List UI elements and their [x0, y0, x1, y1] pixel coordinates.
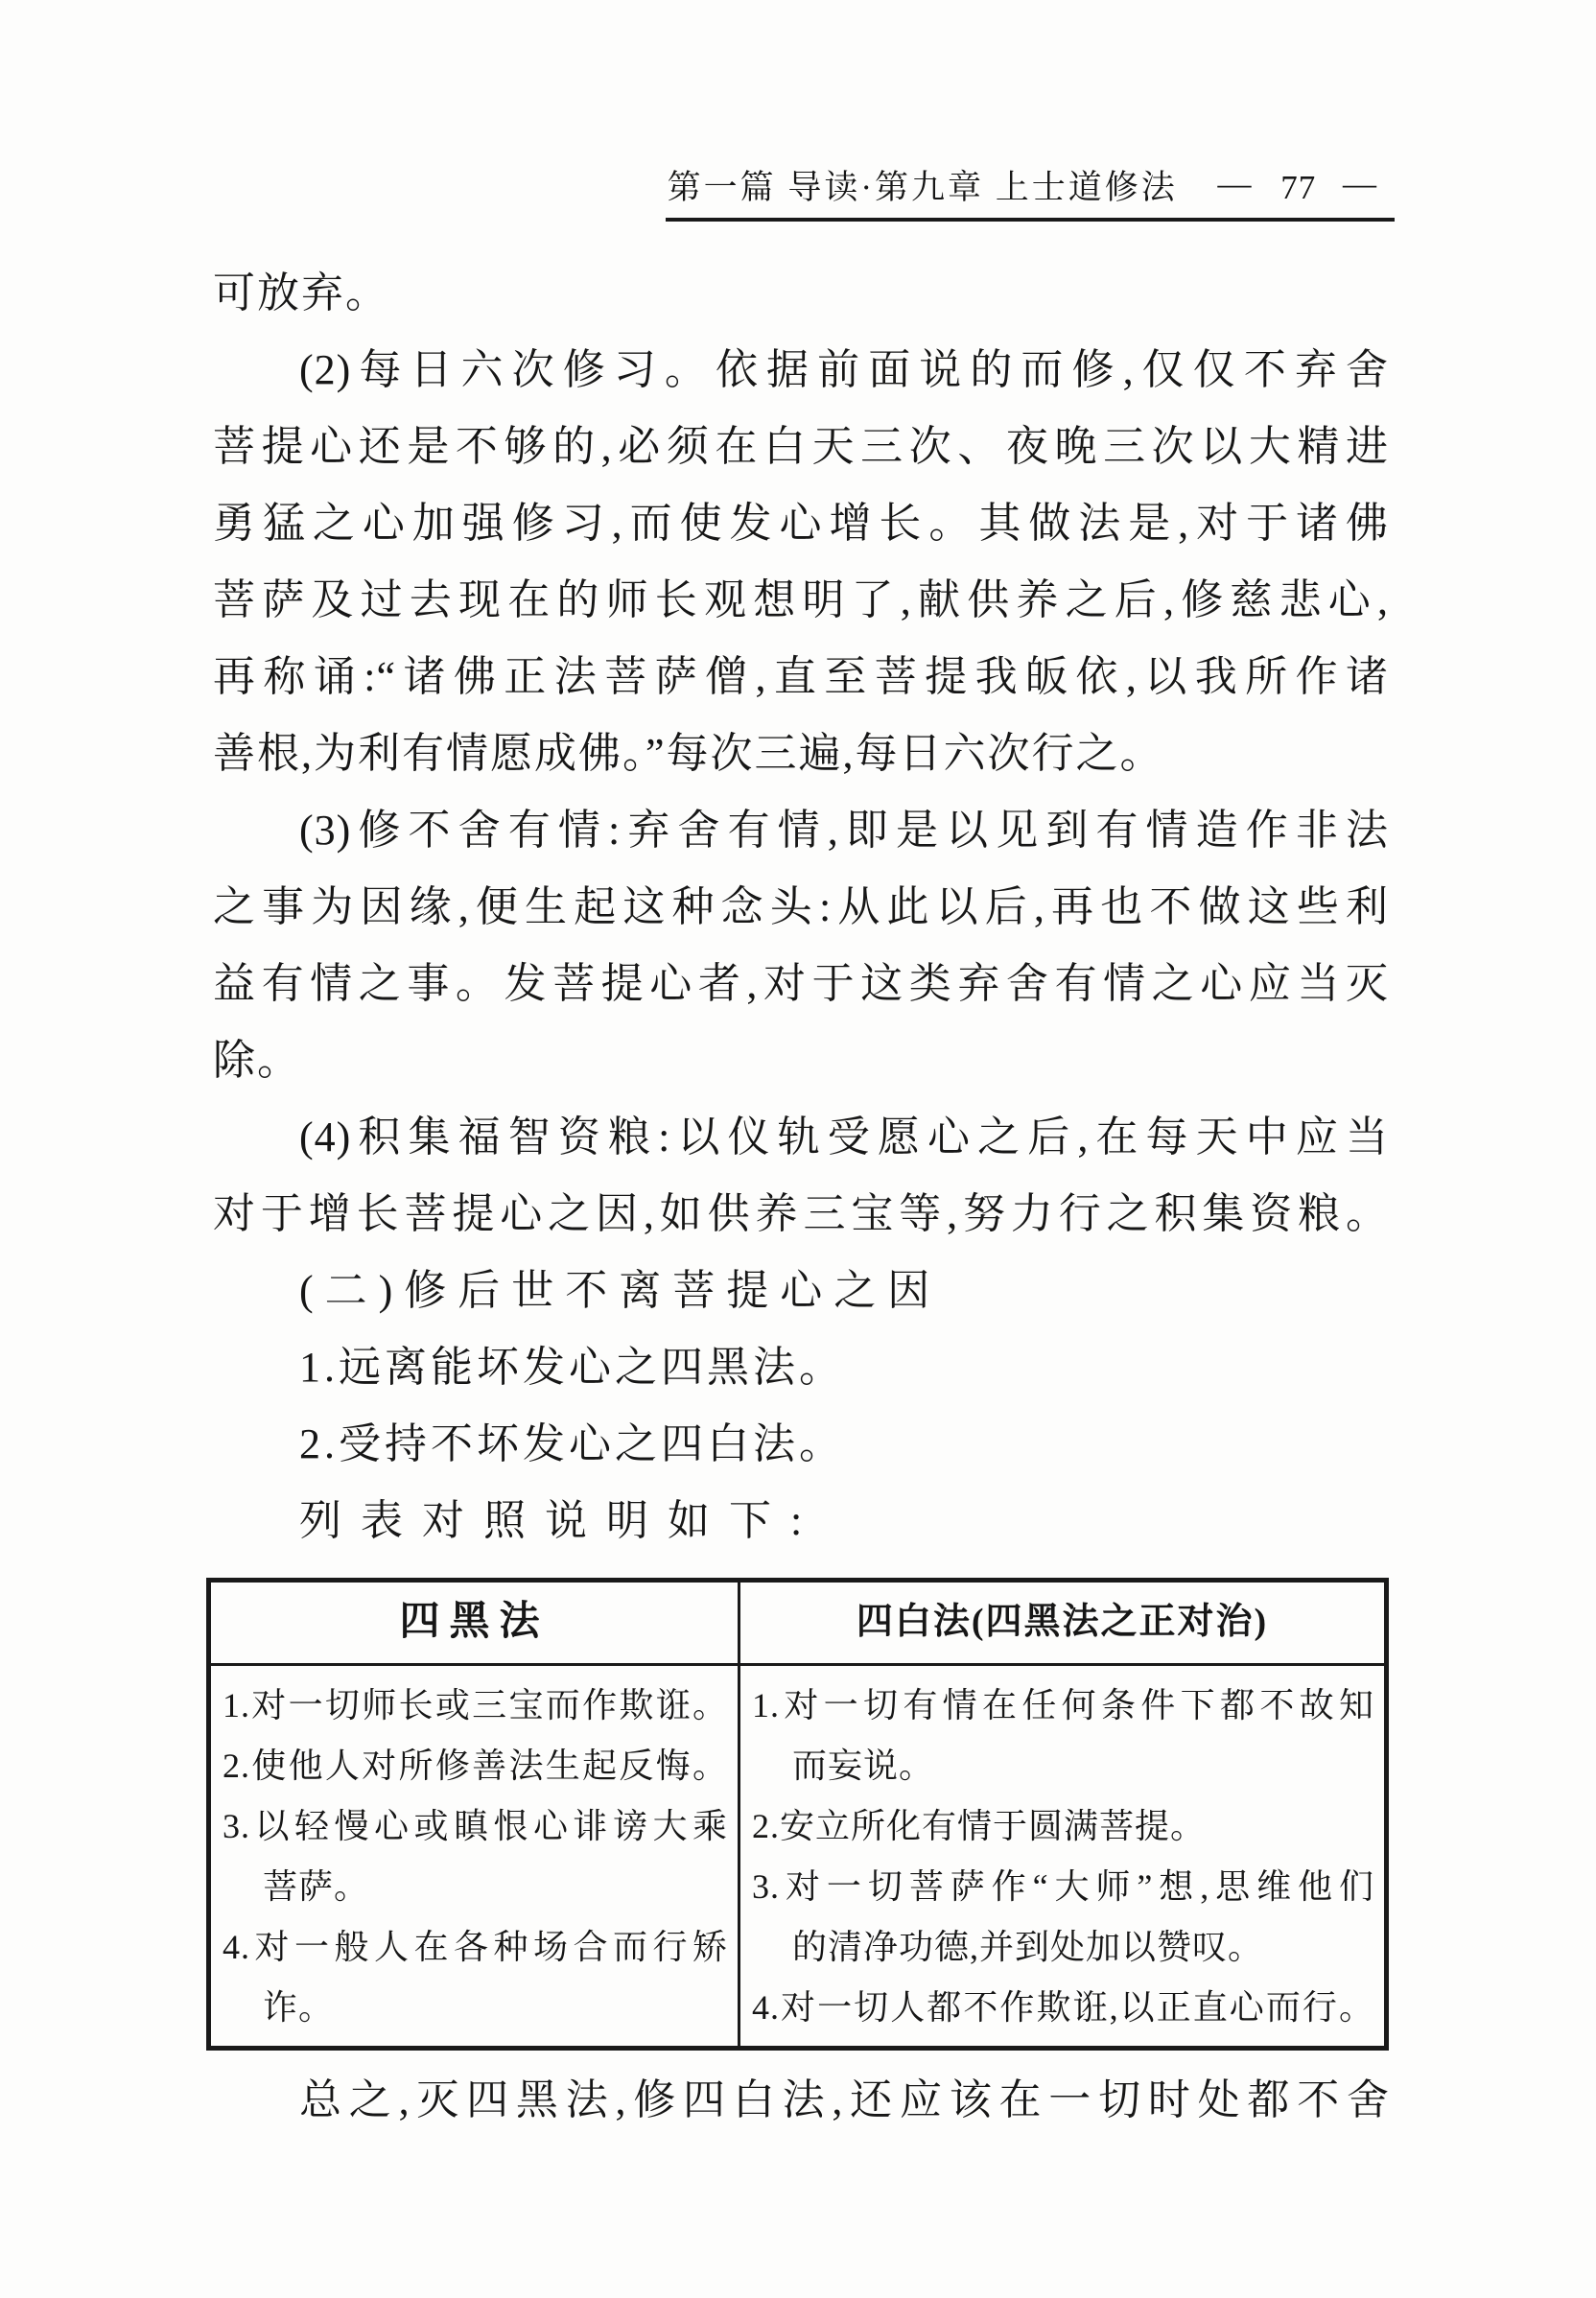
running-header-title: 第一篇 导读·第九章 上士道修法 [668, 169, 1178, 206]
body-line: 菩提心还是不够的,必须在白天三次、夜晚三次以大精进 [213, 409, 1389, 485]
table-body: 1.对一切师长或三宝而作欺诳。2.使他人对所修善法生起反悔。3.以轻慢心或瞋恨心… [211, 1666, 1384, 2046]
table-cell-line: 1.对一切师长或三宝而作欺诳。 [223, 1676, 728, 1736]
body-line: (2)每日六次修习。依据前面说的而修,仅仅不弃舍 [213, 332, 1389, 409]
body-line: (4)积集福智资粮:以仪轨受愿心之后,在每天中应当 [213, 1099, 1389, 1176]
table-cell-line: 的清净功德,并到处加以赞叹。 [752, 1917, 1374, 1978]
running-header: 第一篇 导读·第九章 上士道修法 — 77 — [666, 161, 1395, 222]
body-line: 益有情之事。发菩提心者,对于这类弃舍有情之心应当灭 [213, 946, 1389, 1022]
book-page: 第一篇 导读·第九章 上士道修法 — 77 — 可放弃。(2)每日六次修习。依据… [0, 0, 1596, 2298]
body-line: 可放弃。 [213, 255, 1389, 332]
body-line: 列表对照说明如下: [213, 1483, 1389, 1559]
table-cell-line: 诈。 [223, 1978, 728, 2038]
body-line: 2.受持不坏发心之四白法。 [213, 1406, 1389, 1483]
body-line: 除。 [213, 1022, 1389, 1099]
table-cell-line: 3.对一切菩萨作“大师”想,思维他们 [752, 1857, 1374, 1917]
closing-line: 总之,灭四黑法,修四白法,还应该在一切时处都不舍 [213, 2062, 1389, 2139]
body-line: 对于增长菩提心之因,如供养三宝等,努力行之积集资粮。 [213, 1176, 1389, 1253]
header-dash-left: — [1218, 165, 1255, 203]
table-cell-line: 1.对一切有情在任何条件下都不故知 [752, 1676, 1374, 1736]
body-line: 之事为因缘,便生起这种念头:从此以后,再也不做这些利 [213, 869, 1389, 946]
table-cell-line: 4.对一切人都不作欺诳,以正直心而行。 [752, 1978, 1374, 2038]
table-cell-line: 4.对一般人在各种场合而行矫 [223, 1917, 728, 1978]
body-line: 再称诵:“诸佛正法菩萨僧,直至菩提我皈依,以我所作诸 [213, 639, 1389, 715]
body-text-block: 可放弃。(2)每日六次修习。依据前面说的而修,仅仅不弃舍菩提心还是不够的,必须在… [213, 255, 1389, 1559]
table-cell-line: 菩萨。 [223, 1857, 728, 1917]
comparison-table: 四黑法 四白法(四黑法之正对治) 1.对一切师长或三宝而作欺诳。2.使他人对所修… [206, 1578, 1389, 2051]
header-dash-right: — [1343, 165, 1379, 203]
table-cell-line: 3.以轻慢心或瞋恨心诽谤大乘 [223, 1796, 728, 1857]
table-cell-line: 而妄说。 [752, 1736, 1374, 1796]
table-col-black-methods: 1.对一切师长或三宝而作欺诳。2.使他人对所修善法生起反悔。3.以轻慢心或瞋恨心… [211, 1666, 740, 2046]
body-line: 善根,为利有情愿成佛。”每次三遍,每日六次行之。 [213, 715, 1389, 792]
body-line: 菩萨及过去现在的师长观想明了,献供养之后,修慈悲心, [213, 562, 1389, 639]
body-line: 1.远离能坏发心之四黑法。 [213, 1329, 1389, 1406]
body-line: (3)修不舍有情:弃舍有情,即是以见到有情造作非法 [213, 792, 1389, 869]
page-number: 77 [1280, 169, 1316, 207]
body-line: (二)修后世不离菩提心之因 [213, 1253, 1389, 1329]
table-cell-line: 2.使他人对所修善法生起反悔。 [223, 1736, 728, 1796]
table-cell-line: 2.安立所化有情于圆满菩提。 [752, 1796, 1374, 1857]
table-header-row: 四黑法 四白法(四黑法之正对治) [211, 1583, 1384, 1666]
table-header-white-methods: 四白法(四黑法之正对治) [740, 1583, 1384, 1663]
table-header-black-methods: 四黑法 [211, 1583, 740, 1663]
body-line: 勇猛之心加强修习,而使发心增长。其做法是,对于诸佛 [213, 485, 1389, 562]
table-col-white-methods: 1.对一切有情在任何条件下都不故知而妄说。2.安立所化有情于圆满菩提。3.对一切… [740, 1666, 1384, 2046]
